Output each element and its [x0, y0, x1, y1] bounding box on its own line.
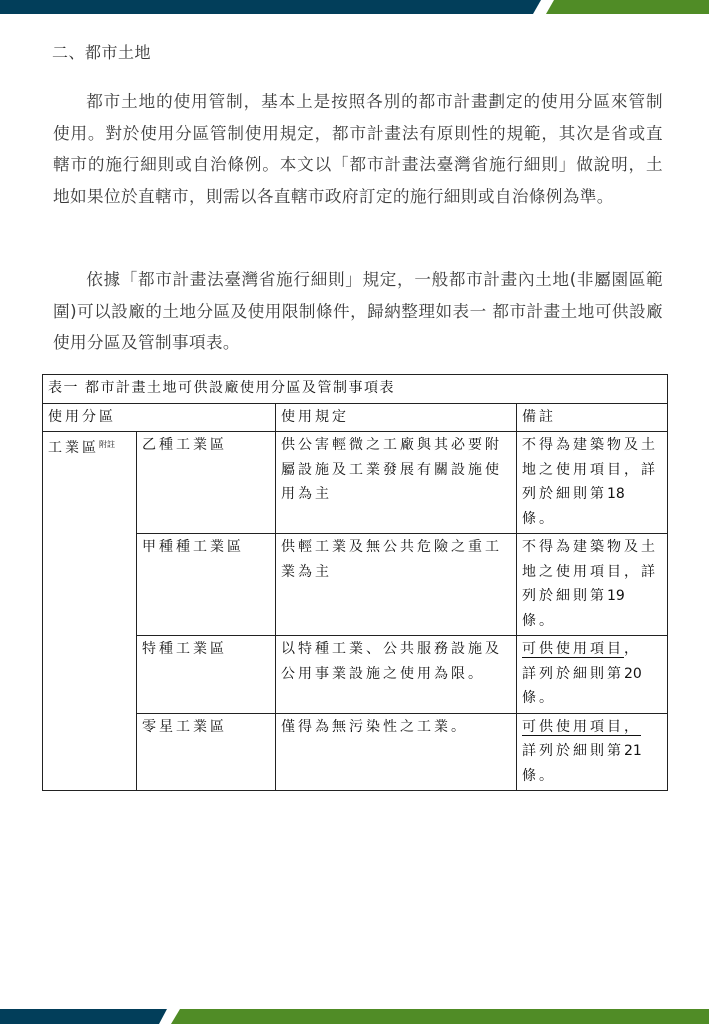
article-number: 18 — [607, 486, 625, 502]
note-text: 不得為建築物及土地之使用項目， — [522, 437, 658, 478]
section-heading: 二、都市土地 — [52, 40, 151, 63]
zone-cell: 特種工業區 — [137, 636, 276, 714]
paragraph-1: 都市土地的使用管制，基本上是按照各別的都市計畫劃定的使用分區來管制使用。對於使用… — [53, 86, 663, 212]
note-text-underlined: 可供使用項目 — [522, 641, 624, 657]
header-note: 備註 — [517, 403, 668, 432]
header-zone: 使用分區 — [43, 403, 276, 432]
note-text: 不得為建築物及土地之使用項目， — [522, 539, 658, 580]
zoning-table: 表一 都市計畫土地可供設廠使用分區及管制事項表 使用分區 使用規定 備註 工業區… — [42, 374, 668, 791]
group-footnote-mark: 附註 — [99, 440, 115, 449]
table-row: 特種工業區 以特種工業、公共服務設施及公用事業設施之使用為限。 可供使用項目，詳… — [43, 636, 668, 714]
note-cell: 可供使用項目，詳列於細則第21條。 — [517, 713, 668, 791]
paragraph-2: 依據「都市計畫法臺灣省施行細則」規定，一般都市計畫內土地(非屬園區範圍)可以設廠… — [53, 264, 663, 359]
note-text: 條。 — [522, 768, 556, 784]
header-rule: 使用規定 — [276, 403, 517, 432]
note-text: 詳列於細則第 — [522, 743, 624, 759]
note-text: 條。 — [522, 690, 556, 706]
note-cell: 不得為建築物及土地之使用項目，詳列於細則第18條。 — [517, 432, 668, 534]
rule-cell: 供輕工業及無公共危險之重工業為主 — [276, 534, 517, 636]
table-title-row: 表一 都市計畫土地可供設廠使用分區及管制事項表 — [43, 375, 668, 404]
table-row: 零星工業區 僅得為無污染性之工業。 可供使用項目，詳列於細則第21條。 — [43, 713, 668, 791]
note-text: ， — [624, 641, 641, 657]
note-text: 詳列於細則第 — [522, 666, 624, 682]
rule-cell: 以特種工業、公共服務設施及公用事業設施之使用為限。 — [276, 636, 517, 714]
zone-cell: 甲種種工業區 — [137, 534, 276, 636]
top-decorative-bar — [0, 0, 709, 14]
rule-cell: 僅得為無污染性之工業。 — [276, 713, 517, 791]
group-cell: 工業區附註 — [43, 432, 137, 791]
bottom-decorative-bar — [0, 1009, 709, 1024]
article-number: 21 — [624, 743, 642, 759]
rule-cell: 供公害輕微之工廠與其必要附屬設施及工業發展有關設施使用為主 — [276, 432, 517, 534]
group-label: 工業區 — [48, 440, 99, 456]
zone-cell: 乙種工業區 — [137, 432, 276, 534]
note-text: 條。 — [522, 613, 556, 629]
table-row: 甲種種工業區 供輕工業及無公共危險之重工業為主 不得為建築物及土地之使用項目，詳… — [43, 534, 668, 636]
zone-cell: 零星工業區 — [137, 713, 276, 791]
note-text: 條。 — [522, 511, 556, 527]
article-number: 20 — [624, 666, 642, 682]
table-title: 表一 都市計畫土地可供設廠使用分區及管制事項表 — [43, 375, 668, 404]
article-number: 19 — [607, 588, 625, 604]
table-row: 工業區附註 乙種工業區 供公害輕微之工廠與其必要附屬設施及工業發展有關設施使用為… — [43, 432, 668, 534]
note-text-underlined: 可供使用項目， — [522, 719, 641, 735]
table-header-row: 使用分區 使用規定 備註 — [43, 403, 668, 432]
note-cell: 不得為建築物及土地之使用項目，詳列於細則第19條。 — [517, 534, 668, 636]
note-cell: 可供使用項目，詳列於細則第20條。 — [517, 636, 668, 714]
